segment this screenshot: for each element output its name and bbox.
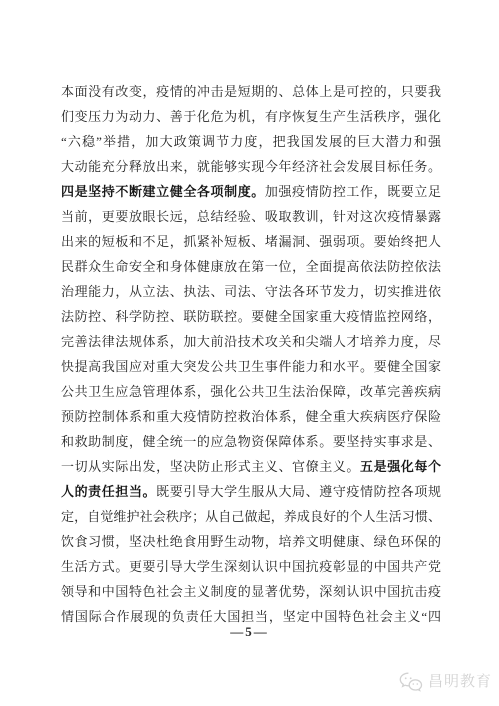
text-segment: 领导和中国特色社会主义制度的显著优势，深刻认识中国抗击疫	[61, 584, 441, 599]
text-segment: 大动能充分释放出来，就能够实现今年经济社会发展目标任务。	[61, 159, 441, 174]
text-segment: 公共卫生应急管理体系，强化公共卫生法治保障，改革完善疾病	[61, 384, 441, 399]
text-segment: 完善法律法规体系，加大前沿技术攻关和尖端人才培养力度，尽	[61, 334, 441, 349]
text-segment: 出来的短板和不足，抓紧补短板、堵漏洞、强弱项。要始终把人	[61, 234, 441, 249]
text-line: 生活方式。更要引导大学生深刻认识中国抗疫彰显的中国共产党	[61, 554, 441, 579]
text-segment: “六稳”举措，加大政策调节力度，把我国发展的巨大潜力和强	[61, 134, 441, 149]
text-line: 定，自觉维护社会秩序；从自己做起，养成良好的个人生活习惯、	[61, 504, 441, 529]
text-line: “六稳”举措，加大政策调节力度，把我国发展的巨大潜力和强	[61, 129, 441, 154]
text-segment: 加强疫情防控工作，既要立足	[265, 184, 441, 199]
text-segment: 预防控制体系和重大疫情防控救治体系，健全重大疾病医疗保险	[61, 409, 441, 424]
text-line: 人的责任担当。既要引导大学生服从大局、遵守疫情防控各项规	[61, 479, 441, 504]
text-segment: 生活方式。更要引导大学生深刻认识中国抗疫彰显的中国共产党	[61, 559, 441, 574]
text-segment: 和救助制度，健全统一的应急物资保障体系。要坚持实事求是、	[61, 434, 441, 449]
text-line: 和救助制度，健全统一的应急物资保障体系。要坚持实事求是、	[61, 429, 441, 454]
text-line: 四是坚持不断建立健全各项制度。加强疫情防控工作，既要立足	[61, 179, 441, 204]
page-number: —5—	[0, 622, 499, 642]
bold-text-segment: 五是强化每个	[360, 459, 441, 474]
body-text: 本面没有改变，疫情的冲击是短期的、总体上是可控的，只要我们变压力为动力、善于化危…	[61, 79, 441, 629]
text-segment: 民群众生命安全和身体健康放在第一位，全面提高依法防控依法	[61, 259, 441, 274]
wechat-icon	[399, 672, 423, 692]
text-line: 们变压力为动力、善于化危为机，有序恢复生产生活秩序，强化	[61, 104, 441, 129]
watermark: 昌明教育	[399, 672, 492, 692]
text-segment: 当前，更要放眼长远，总结经验、吸取教训，针对这次疫情暴露	[61, 209, 441, 224]
text-line: 领导和中国特色社会主义制度的显著优势，深刻认识中国抗击疫	[61, 579, 441, 604]
text-line: 出来的短板和不足，抓紧补短板、堵漏洞、强弱项。要始终把人	[61, 229, 441, 254]
text-line: 公共卫生应急管理体系，强化公共卫生法治保障，改革完善疾病	[61, 379, 441, 404]
bold-text-segment: 四是坚持不断建立健全各项制度。	[61, 184, 265, 199]
text-segment: 定，自觉维护社会秩序；从自己做起，养成良好的个人生活习惯、	[61, 509, 441, 524]
bold-text-segment: 人的责任担当。	[61, 484, 156, 499]
text-line: 预防控制体系和重大疫情防控救治体系，健全重大疾病医疗保险	[61, 404, 441, 429]
text-segment: 治理能力，从立法、执法、司法、守法各环节发力，切实推进依	[61, 284, 441, 299]
text-line: 本面没有改变，疫情的冲击是短期的、总体上是可控的，只要我	[61, 79, 441, 104]
text-line: 民群众生命安全和身体健康放在第一位，全面提高依法防控依法	[61, 254, 441, 279]
text-line: 治理能力，从立法、执法、司法、守法各环节发力，切实推进依	[61, 279, 441, 304]
text-segment: 一切从实际出发，坚决防止形式主义、官僚主义。	[61, 459, 360, 474]
text-line: 一切从实际出发，坚决防止形式主义、官僚主义。五是强化每个	[61, 454, 441, 479]
document-page: 本面没有改变，疫情的冲击是短期的、总体上是可控的，只要我们变压力为动力、善于化危…	[0, 0, 499, 706]
text-line: 快提高我国应对重大突发公共卫生事件能力和水平。要健全国家	[61, 354, 441, 379]
text-line: 当前，更要放眼长远，总结经验、吸取教训，针对这次疫情暴露	[61, 204, 441, 229]
text-segment: 饮食习惯，坚决杜绝食用野生动物，培养文明健康、绿色环保的	[61, 534, 441, 549]
text-segment: 们变压力为动力、善于化危为机，有序恢复生产生活秩序，强化	[61, 109, 441, 124]
text-segment: 本面没有改变，疫情的冲击是短期的、总体上是可控的，只要我	[61, 84, 441, 99]
text-line: 法防控、科学防控、联防联控。要健全国家重大疫情监控网络，	[61, 304, 441, 329]
text-line: 饮食习惯，坚决杜绝食用野生动物，培养文明健康、绿色环保的	[61, 529, 441, 554]
text-segment: 法防控、科学防控、联防联控。要健全国家重大疫情监控网络，	[61, 309, 441, 324]
text-segment: 既要引导大学生服从大局、遵守疫情防控各项规	[156, 484, 441, 499]
text-segment: 快提高我国应对重大突发公共卫生事件能力和水平。要健全国家	[61, 359, 441, 374]
text-line: 完善法律法规体系，加大前沿技术攻关和尖端人才培养力度，尽	[61, 329, 441, 354]
watermark-label: 昌明教育	[428, 672, 492, 692]
text-line: 大动能充分释放出来，就能够实现今年经济社会发展目标任务。	[61, 154, 441, 179]
